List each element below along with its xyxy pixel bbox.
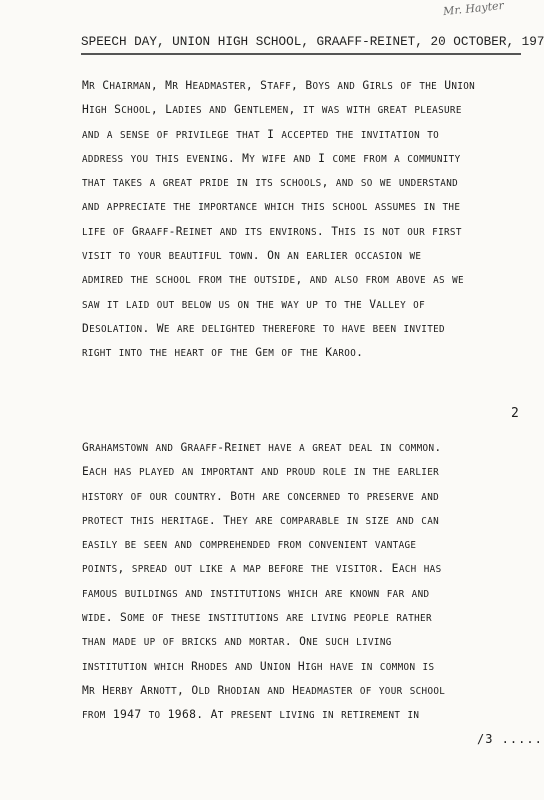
text-line: MR HERBY ARNOTT, OLD RHODIAN AND HEADMAS… xyxy=(82,679,522,703)
text-line: MR CHAIRMAN, MR HEADMASTER, STAFF, BOYS … xyxy=(82,74,522,98)
text-line: RIGHT INTO THE HEART OF THE GEM OF THE K… xyxy=(82,341,522,365)
text-line: FROM 1947 TO 1968. AT PRESENT LIVING IN … xyxy=(82,703,522,727)
paragraph-1: MR CHAIRMAN, MR HEADMASTER, STAFF, BOYS … xyxy=(82,74,522,366)
page-number: 2 xyxy=(511,406,519,421)
text-line: GRAHAMSTOWN AND GRAAFF-REINET HAVE A GRE… xyxy=(82,436,522,460)
text-line: THAN MADE UP OF BRICKS AND MORTAR. ONE S… xyxy=(82,630,522,654)
title-underline xyxy=(81,53,521,55)
text-line: EACH HAS PLAYED AN IMPORTANT AND PROUD R… xyxy=(82,460,522,484)
text-line: PROTECT THIS HERITAGE. THEY ARE COMPARAB… xyxy=(82,509,522,533)
text-line: HISTORY OF OUR COUNTRY. BOTH ARE CONCERN… xyxy=(82,485,522,509)
handwritten-annotation: Mr. Hayter xyxy=(442,0,504,18)
text-line: SAW IT LAID OUT BELOW US ON THE WAY UP T… xyxy=(82,293,522,317)
text-line: DESOLATION. WE ARE DELIGHTED THEREFORE T… xyxy=(82,317,522,341)
document-title: SPEECH DAY, UNION HIGH SCHOOL, GRAAFF-RE… xyxy=(81,34,503,49)
paragraph-2: GRAHAMSTOWN AND GRAAFF-REINET HAVE A GRE… xyxy=(82,436,522,728)
text-line: ADMIRED THE SCHOOL FROM THE OUTSIDE, AND… xyxy=(82,268,522,292)
text-line: AND APPRECIATE THE IMPORTANCE WHICH THIS… xyxy=(82,195,522,219)
text-line: LIFE OF GRAAFF-REINET AND ITS ENVIRONS. … xyxy=(82,220,522,244)
text-line: AND A SENSE OF PRIVILEGE THAT I ACCEPTED… xyxy=(82,123,522,147)
text-line: VISIT TO YOUR BEAUTIFUL TOWN. ON AN EARL… xyxy=(82,244,522,268)
text-line: POINTS, SPREAD OUT LIKE A MAP BEFORE THE… xyxy=(82,557,522,581)
text-line: HIGH SCHOOL, LADIES AND GENTLEMEN, IT WA… xyxy=(82,98,522,122)
text-line: EASILY BE SEEN AND COMPREHENDED FROM CON… xyxy=(82,533,522,557)
continuation-marker: /3 ..... xyxy=(477,732,543,746)
text-line: ADDRESS YOU THIS EVENING. MY WIFE AND I … xyxy=(82,147,522,171)
text-line: FAMOUS BUILDINGS AND INSTITUTIONS WHICH … xyxy=(82,582,522,606)
text-line: INSTITUTION WHICH RHODES AND UNION HIGH … xyxy=(82,655,522,679)
text-line: THAT TAKES A GREAT PRIDE IN ITS SCHOOLS,… xyxy=(82,171,522,195)
text-line: WIDE. SOME OF THESE INSTITUTIONS ARE LIV… xyxy=(82,606,522,630)
